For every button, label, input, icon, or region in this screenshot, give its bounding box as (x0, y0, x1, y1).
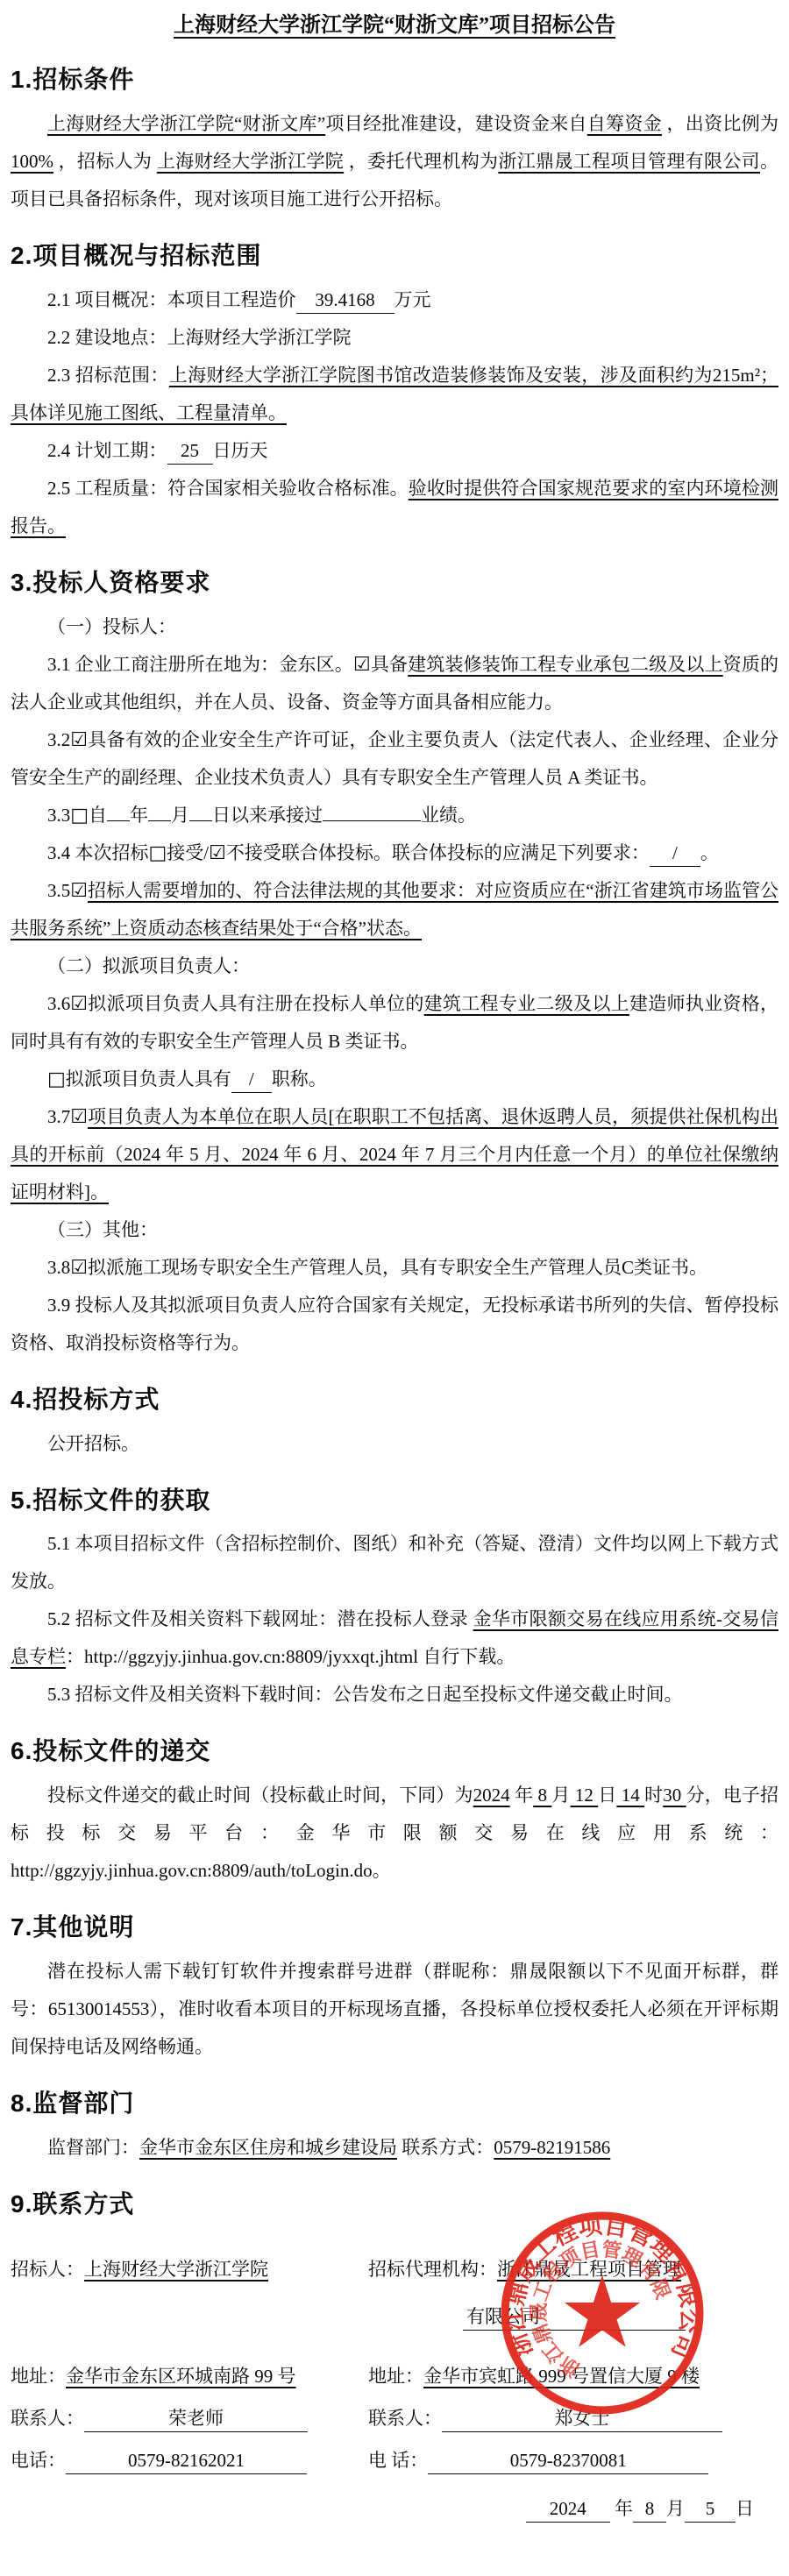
text-segment: 12 (571, 1785, 599, 1806)
text-segment: 2.3 招标范围： (47, 365, 169, 386)
para-6-1: 投标文件递交的截止时间（投标截止时间，下同）为2024 年 8 月 12 日 1… (11, 1777, 778, 1890)
para-3-sub3: （三）其他： (11, 1211, 778, 1249)
text-segment: 拟派项目负责人具有注册在投标人单位的 (88, 993, 424, 1014)
checkbox-checked: ☑ (70, 880, 88, 902)
agency-phone-value: 0579-82370081 (428, 2448, 708, 2474)
text-segment: 公开招标。 (47, 1433, 139, 1454)
text-segment: 3.投标人资格要求 (11, 569, 210, 596)
checkbox-checked: ☑ (70, 993, 88, 1015)
text-segment: 0579-82191586 (494, 2137, 610, 2158)
text-segment: 职称。 (272, 1068, 327, 1089)
agency-value-line2: 有限公司 (463, 2304, 686, 2331)
section-5-heading: 5.招标文件的获取 (11, 1484, 778, 1517)
text-segment: 浙江鼎晟工程项目管理有限公司 (498, 151, 760, 172)
text-segment: ，招标人为 (53, 151, 157, 172)
text-segment: 5.2 招标文件及相关资料下载网址：潜在投标人登录 (47, 1608, 473, 1629)
checkbox-empty: □ (47, 1068, 66, 1090)
text-segment: 3.3 (47, 805, 70, 826)
form-blank (148, 820, 171, 821)
text-segment: 日历天 (213, 440, 268, 461)
checkbox-checked: ☑ (70, 729, 88, 751)
text-segment: 日以来承接过 (212, 805, 323, 826)
text-segment: 项目负责人为本单位在职人员[在职职工不包括离、退休返聘人员，须提供社保机构出具的… (11, 1106, 778, 1203)
text-segment: 投标文件递交的截止时间（投标截止时间，下同）为 (47, 1785, 473, 1806)
text-segment: （三）其他： (47, 1219, 158, 1240)
para-3-4: 3.4 本次招标□接受/☑不接受联合体投标。联合体投标的应满足下列要求：/。 (11, 834, 778, 872)
text-segment: ，委托代理机构为 (344, 151, 498, 172)
text-segment: 3.2 (47, 729, 70, 750)
para-2-3: 2.3 招标范围：上海财经大学浙江学院图书馆改造装修装饰及安装，涉及面积约为21… (11, 357, 778, 432)
date-month: 8 (633, 2496, 666, 2523)
tenderer-contact-value: 荣老师 (84, 2406, 308, 2432)
text-segment: 2.4 计划工期： (47, 440, 167, 461)
agency-phone-row: 电 话：0579-82370081 (368, 2447, 778, 2475)
agency-address-row: 地址：金华市宾虹路 999 号置信大厦 9 楼 (368, 2363, 778, 2391)
text-segment: 上海财经大学浙江学院“财浙文库”项目招标公告 (174, 14, 615, 37)
text-segment: 业绩。 (421, 805, 476, 826)
text-segment: 拟派施工现场专职安全生产管理人员，具有专职安全生产管理人员C类证书。 (88, 1257, 707, 1278)
para-3-7: 3.7☑项目负责人为本单位在职人员[在职职工不包括离、退休返聘人员，须提供社保机… (11, 1098, 778, 1211)
text-segment: 万元 (394, 289, 431, 310)
text-segment: 3.9 投标人及其拟派项目负责人应符合国家有关规定，无投标承诺书所列的失信、暂停… (11, 1295, 778, 1353)
checkbox-checked: ☑ (209, 842, 226, 864)
text-segment: 具备有效的企业安全生产许可证，企业主要负责人（法定代表人、企业经理、企业分管安全… (11, 729, 778, 788)
text-segment: 日 (598, 1785, 616, 1806)
para-1-1: 上海财经大学浙江学院“财浙文库”项目经批准建设，建设资金来自自筹资金 ，出资比例… (11, 105, 778, 218)
text-segment: 接受/ (167, 842, 209, 863)
para-4-1: 公开招标。 (11, 1425, 778, 1463)
text-segment: 2.1 项目概况：本项目工程造价 (47, 289, 296, 310)
section-4-heading: 4.招投标方式 (11, 1383, 778, 1416)
text-segment: 金华市金东区住房和城乡建设局 (139, 2137, 397, 2158)
text-segment: 3.6 (47, 993, 70, 1014)
doc-title: 上海财经大学浙江学院“财浙文库”项目招标公告 (11, 9, 778, 42)
text-segment: 项目经批准建设，建设资金来自 (325, 113, 587, 134)
tenderer-phone-value: 0579-82162021 (66, 2448, 307, 2474)
date-year-label: 年 (610, 2498, 633, 2519)
agency-phone-label: 电 话： (368, 2450, 428, 2471)
text-segment: 3.5 (47, 880, 70, 901)
agency-contact-row: 联系人：郑女士 (368, 2405, 778, 2433)
text-segment: 建筑工程专业二级及以上 (424, 993, 629, 1014)
date-day: 5 (685, 2496, 736, 2523)
text-segment: 9.联系方式 (11, 2190, 134, 2218)
text-segment: 。 (700, 842, 719, 863)
text-segment: 年 (510, 1785, 533, 1806)
para-3-sub2: （二）拟派项目负责人： (11, 947, 778, 985)
para-7-1: 潜在投标人需下载钉钉软件并搜索群号进群（群昵称：鼎晟限额以下不见面开标群，群号：… (11, 1953, 778, 2066)
text-segment: 具备 (371, 654, 408, 675)
text-segment: 6.投标文件的递交 (11, 1737, 210, 1764)
agency-address-value: 金华市宾虹路 999 号置信大厦 9 楼 (423, 2366, 700, 2387)
checkbox-empty: □ (70, 805, 89, 827)
form-blank: 25 (167, 438, 213, 465)
text-segment: 100% (11, 151, 53, 172)
text-segment: 联系方式： (397, 2137, 494, 2158)
section-1-heading: 1.招标条件 (11, 63, 778, 96)
text-segment: 30 (663, 1785, 686, 1806)
para-3-9: 3.9 投标人及其拟派项目负责人应符合国家有关规定，无投标承诺书所列的失信、暂停… (11, 1287, 778, 1362)
text-segment: 上海财经大学浙江学院 (157, 151, 344, 172)
agency-value-line1: 浙江鼎晟工程项目管理 (497, 2259, 681, 2280)
text-segment: 3.1 企业工商注册所在地为：金东区。 (47, 654, 353, 675)
para-5-1: 5.1 本项目招标文件（含招标控制价、图纸）和补充（答疑、澄清）文件均以网上下载… (11, 1525, 778, 1600)
text-segment: 8 (533, 1785, 551, 1806)
text-segment: ：http://ggzyjy.jinhua.gov.cn:8809/jyxxqt… (66, 1646, 515, 1667)
checkbox-empty: □ (149, 842, 167, 864)
text-segment: 自 (89, 805, 107, 826)
para-3-6b: □拟派项目负责人具有/职称。 (11, 1061, 778, 1098)
text-segment: 1.招标条件 (11, 66, 134, 93)
text-segment: 3.8 (47, 1257, 70, 1278)
text-segment: 2.5 工程质量：符合国家相关验收合格标准。 (47, 478, 409, 499)
agency-label: 招标代理机构： (368, 2259, 497, 2280)
section-3-heading: 3.投标人资格要求 (11, 566, 778, 600)
section-8-heading: 8.监督部门 (11, 2087, 778, 2120)
section-7-heading: 7.其他说明 (11, 1911, 778, 1944)
checkbox-checked: ☑ (70, 1106, 88, 1128)
date-line: 2024 年8月5日 (11, 2494, 778, 2524)
date-day-label: 日 (736, 2498, 754, 2519)
text-segment: 自筹资金 (587, 113, 662, 134)
section-6-heading: 6.投标文件的递交 (11, 1735, 778, 1768)
text-segment: 5.招标文件的获取 (11, 1487, 210, 1514)
text-segment: 3.7 (47, 1106, 70, 1127)
tenderer-address-label: 地址： (11, 2366, 66, 2387)
form-blank: / (231, 1067, 272, 1093)
tenderer-row: 招标人：上海财经大学浙江学院 (11, 2256, 368, 2284)
para-5-2: 5.2 招标文件及相关资料下载网址：潜在投标人登录 金华市限额交易在线应用系统-… (11, 1600, 778, 1676)
para-5-3: 5.3 招标文件及相关资料下载时间：公告发布之日起至投标文件递交截止时间。 (11, 1676, 778, 1714)
para-2-4: 2.4 计划工期：25日历天 (11, 432, 778, 470)
tenderer-contact-row: 联系人：荣老师 (11, 2405, 368, 2433)
text-segment: （二）拟派项目负责人： (47, 955, 250, 976)
text-segment: 监督部门： (47, 2137, 139, 2158)
text-segment: 月 (171, 805, 189, 826)
para-3-sub1: （一）投标人： (11, 608, 778, 646)
text-segment: 5.1 本项目招标文件（含招标控制价、图纸）和补充（答疑、澄清）文件均以网上下载… (11, 1533, 778, 1592)
text-segment: 时 (644, 1785, 663, 1806)
text-segment: 潜在投标人需下载钉钉软件并搜索群号进群（群昵称：鼎晟限额以下不见面开标群，群号：… (11, 1961, 778, 2057)
text-segment: 招标人需要增加的、符合法律法规的其他要求：对应资质应在“浙江省建筑市场监管公共服… (11, 880, 778, 939)
checkbox-checked: ☑ (70, 1257, 88, 1279)
para-2-5: 2.5 工程质量：符合国家相关验收合格标准。验收时提供符合国家规范要求的室内环境… (11, 470, 778, 545)
tenderer-phone-row: 电话：0579-82162021 (11, 2447, 368, 2475)
text-segment: 月 (551, 1785, 570, 1806)
text-segment: 年 (130, 805, 148, 826)
tenderer-address-value: 金华市金东区环城南路 99 号 (66, 2366, 296, 2387)
form-blank (323, 820, 421, 821)
agency-address-label: 地址： (368, 2366, 423, 2387)
form-blank (107, 820, 130, 821)
agency-contact-label: 联系人： (368, 2408, 442, 2429)
form-blank (189, 820, 212, 821)
text-segment: 4.招投标方式 (11, 1386, 160, 1413)
para-3-1: 3.1 企业工商注册所在地为：金东区。☑具备建筑装修装饰工程专业承包二级及以上资… (11, 646, 778, 721)
tenderer-phone-label: 电话： (11, 2450, 66, 2471)
text-segment: （一）投标人： (47, 616, 176, 637)
checkbox-checked: ☑ (353, 654, 371, 676)
tenderer-value: 上海财经大学浙江学院 (84, 2259, 268, 2280)
form-blank: 39.4168 (296, 287, 394, 314)
text-segment: 8.监督部门 (11, 2090, 134, 2117)
text-segment: 3.4 本次招标 (47, 842, 149, 863)
text-segment: 2024 (473, 1785, 510, 1806)
text-segment: 7.其他说明 (11, 1913, 134, 1941)
date-year: 2024 (526, 2496, 610, 2523)
text-segment: 2.2 建设地点：上海财经大学浙江学院 (47, 327, 352, 348)
text-segment: 拟派项目负责人具有 (66, 1068, 231, 1089)
para-3-8: 3.8☑拟派施工现场专职安全生产管理人员，具有专职安全生产管理人员C类证书。 (11, 1249, 778, 1287)
para-8-1: 监督部门：金华市金东区住房和城乡建设局 联系方式：0579-82191586 (11, 2129, 778, 2167)
tenderer-contact-label: 联系人： (11, 2408, 84, 2429)
text-segment: 2.项目概况与招标范围 (11, 242, 261, 269)
date-month-label: 月 (666, 2498, 685, 2519)
tenderer-address-row: 地址：金华市金东区环城南路 99 号 (11, 2363, 368, 2391)
document-body: 上海财经大学浙江学院“财浙文库”项目招标公告1.招标条件上海财经大学浙江学院“财… (11, 9, 778, 2221)
tenderer-label: 招标人： (11, 2259, 84, 2280)
para-3-5: 3.5☑招标人需要增加的、符合法律法规的其他要求：对应资质应在“浙江省建筑市场监… (11, 872, 778, 947)
text-segment: 建筑装修装饰工程专业承包二级及以上 (408, 654, 723, 675)
agency-row: 招标代理机构：浙江鼎晟工程项目管理 (368, 2256, 778, 2284)
text-segment: ，出资比例为 (662, 113, 778, 134)
agency-row-line2: 有限公司 (368, 2303, 778, 2331)
section-2-heading: 2.项目概况与招标范围 (11, 239, 778, 273)
para-2-1: 2.1 项目概况：本项目工程造价39.4168万元 (11, 281, 778, 319)
para-2-2: 2.2 建设地点：上海财经大学浙江学院 (11, 319, 778, 357)
section-9-heading: 9.联系方式 (11, 2188, 778, 2221)
agency-contact-value: 郑女士 (442, 2406, 722, 2432)
tender-announcement-page: 上海财经大学浙江学院“财浙文库”项目招标公告1.招标条件上海财经大学浙江学院“财… (0, 0, 789, 2576)
para-3-3: 3.3□自年月日以来承接过业绩。 (11, 797, 778, 834)
text-segment: 5.3 招标文件及相关资料下载时间：公告发布之日起至投标文件递交截止时间。 (47, 1684, 683, 1705)
para-3-2: 3.2☑具备有效的企业安全生产许可证，企业主要负责人（法定代表人、企业经理、企业… (11, 721, 778, 797)
text-segment: 不接受联合体投标。联合体投标的应满足下列要求： (226, 842, 650, 863)
text-segment: 上海财经大学浙江学院“财浙文库” (47, 113, 325, 134)
form-blank: / (650, 841, 700, 867)
text-segment: 14 (616, 1785, 644, 1806)
contact-section: 招标人：上海财经大学浙江学院 招标代理机构：浙江鼎晟工程项目管理 有限公司 地址… (11, 2233, 778, 2475)
para-3-6: 3.6☑拟派项目负责人具有注册在投标人单位的建筑工程专业二级及以上建造师执业资格… (11, 985, 778, 1061)
